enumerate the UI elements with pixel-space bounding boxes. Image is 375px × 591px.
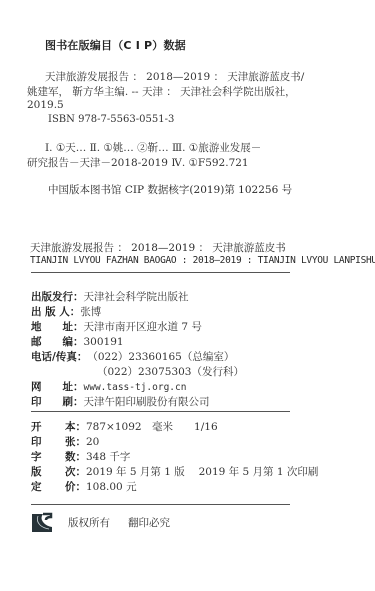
website-link[interactable]: www.tass-tj.org.cn (84, 380, 187, 395)
info-value: 天津社会科学院出版社 (84, 290, 189, 305)
copyright-notice: 版权所有翻印必究 (68, 515, 188, 530)
info-label: 网 址： (31, 380, 84, 395)
spec-value: 20 (86, 435, 99, 450)
info-row-phone-fax: 电话/传真： （022）23360165（总编室） (31, 350, 244, 365)
cip-entry-line-2: 姚建军， 靳方华主编. -- 天津 ： 天津社会科学院出版社， (27, 84, 296, 99)
cip-heading: 图书在版编目（C I P）数据 (45, 37, 186, 53)
info-row-postcode: 邮 编： 300191 (31, 335, 244, 350)
spec-label: 开本： (31, 420, 86, 435)
info-row-publisher-person: 出 版 人： 张博 (31, 305, 244, 320)
info-row-address: 地 址： 天津市南开区迎水道 7 号 (31, 320, 244, 335)
cip-entry-line-3: 2019.5 (27, 99, 64, 111)
info-row-printer: 印 刷： 天津午阳印刷股份有限公司 (31, 395, 244, 410)
series-title-en: TIANJIN LVYOU FAZHAN BAOGAO : 2018—2019 … (30, 255, 375, 266)
info-row-website: 网 址： www.tass-tj.org.cn (31, 380, 244, 395)
series-title-cn: 天津旅游发展报告 ： 2018—2019 ： 天津旅游蓝皮书 (30, 240, 286, 255)
spec-row-wordcount: 字数： 348 千字 (31, 450, 318, 465)
publisher-info: 出版发行： 天津社会科学院出版社 出 版 人： 张博 地 址： 天津市南开区迎水… (31, 290, 244, 410)
spec-row-sheets: 印张： 20 (31, 435, 318, 450)
divider (31, 272, 290, 273)
info-row-phone-fax-2: （022）23075303（发行科） (31, 365, 244, 380)
spec-label: 版次： (31, 465, 86, 480)
classification-line-2: 研究报告－天津－2018-2019 Ⅳ. ①F592.721 (27, 155, 249, 170)
info-value: 张博 (80, 305, 101, 320)
spec-value: 787×1092 毫米 1/16 (86, 420, 218, 435)
spec-label: 印张： (31, 435, 86, 450)
info-value: 天津午阳印刷股份有限公司 (84, 395, 210, 410)
divider (31, 504, 290, 505)
publisher-logo-icon (31, 511, 53, 533)
cip-entry-line-1: 天津旅游发展报告 ： 2018—2019 ： 天津旅游蓝皮书/ (45, 69, 304, 84)
info-value: （022）23075303（发行科） (97, 365, 244, 380)
isbn: ISBN 978-7-5563-0551-3 (48, 114, 174, 125)
info-value: 300191 (84, 335, 124, 350)
spec-row-edition: 版次： 2019 年 5 月第 1 版 2019 年 5 月第 1 次印刷 (31, 465, 318, 480)
info-label: 出版发行： (31, 290, 84, 305)
print-specs: 开本： 787×1092 毫米 1/16 印张： 20 字数： 348 千字 版… (31, 420, 318, 495)
info-label: 出 版 人： (31, 305, 80, 320)
divider (31, 411, 290, 412)
rights-reserved: 版权所有 (68, 517, 110, 529)
info-row-publisher: 出版发行： 天津社会科学院出版社 (31, 290, 244, 305)
spec-value: 108.00 元 (86, 480, 137, 495)
spec-value: 2019 年 5 月第 1 版 2019 年 5 月第 1 次印刷 (86, 465, 318, 480)
info-label: 邮 编： (31, 335, 84, 350)
spec-row-price: 定价： 108.00 元 (31, 480, 318, 495)
info-label (31, 365, 97, 380)
spec-label: 定价： (31, 480, 86, 495)
info-label: 印 刷： (31, 395, 84, 410)
spec-row-format: 开本： 787×1092 毫米 1/16 (31, 420, 318, 435)
info-value: （022）23360165（总编室） (87, 350, 234, 365)
info-label: 地 址： (31, 320, 84, 335)
spec-value: 348 千字 (86, 450, 130, 465)
spec-label: 字数： (31, 450, 86, 465)
piracy-prohibited: 翻印必究 (128, 517, 170, 529)
info-label: 电话/传真： (31, 350, 87, 365)
classification-line-1: Ⅰ. ①天… Ⅱ. ①姚… ②靳… Ⅲ. ①旅游业发展－ (45, 140, 261, 155)
info-value: 天津市南开区迎水道 7 号 (84, 320, 202, 335)
cip-record-number: 中国版本图书馆 CIP 数据核字(2019)第 102256 号 (48, 182, 292, 197)
